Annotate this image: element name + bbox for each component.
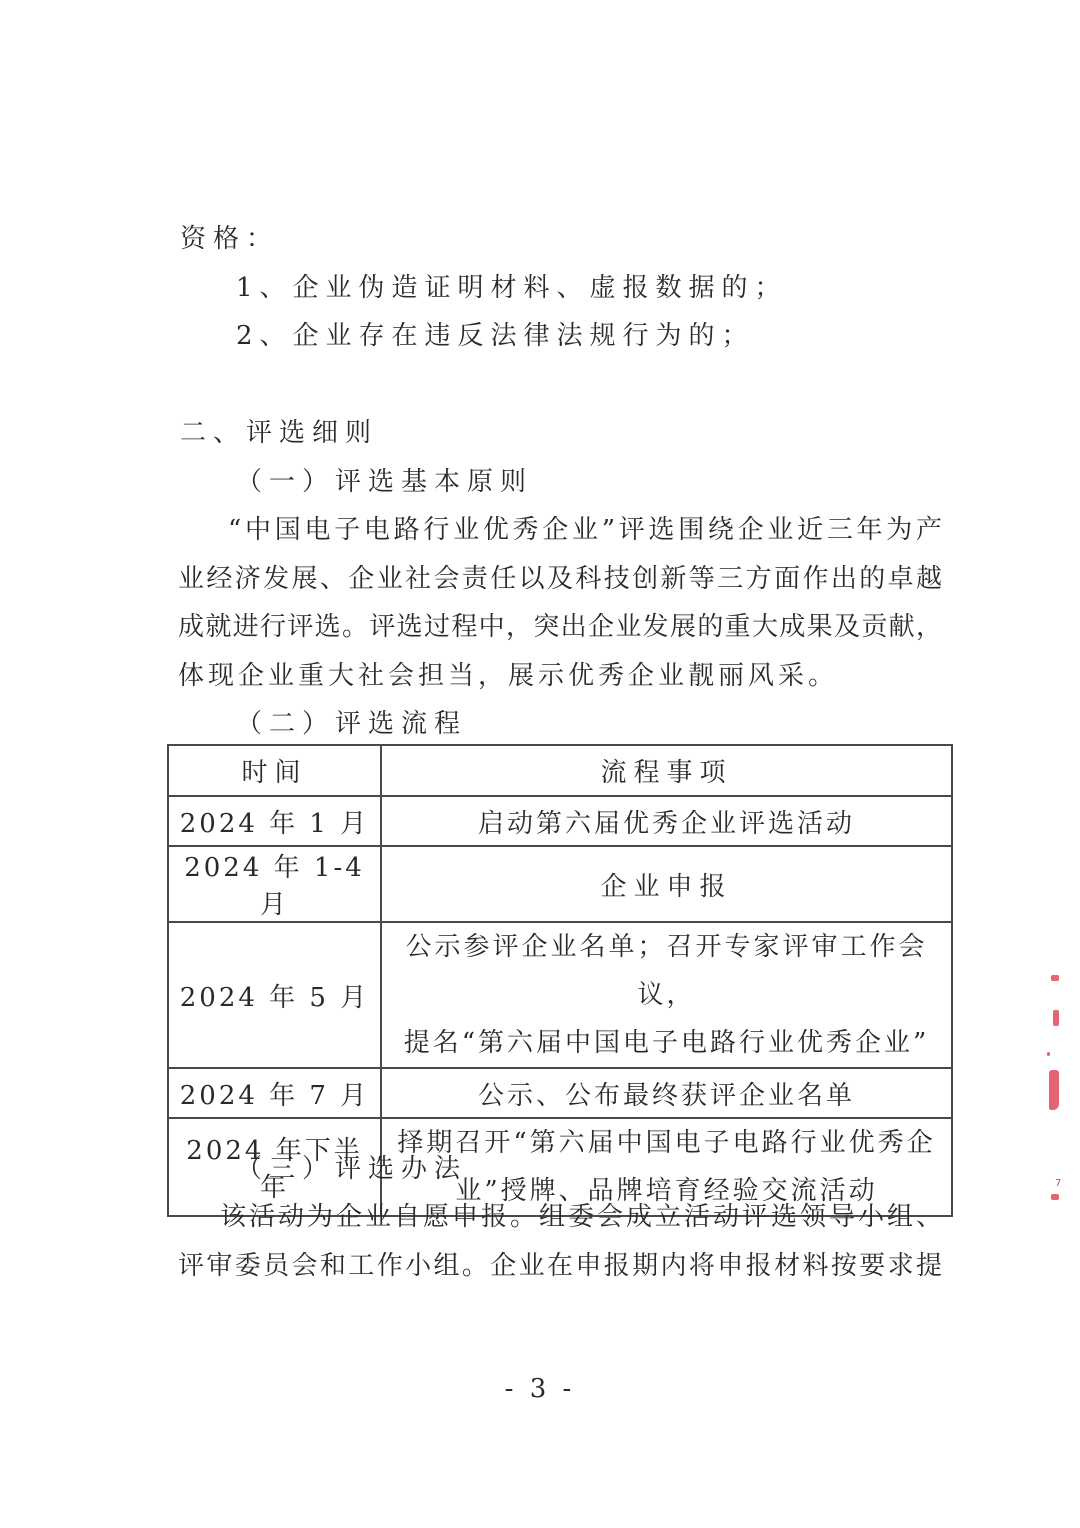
method-paragraph-line: 评审委员会和工作小组。企业在申报期内将申报材料按要求提 bbox=[178, 1249, 942, 1283]
row-item-line: 择期召开“第六届中国电子电路行业优秀企 bbox=[388, 1119, 945, 1167]
row-item: 公示、公布最终获评企业名单 bbox=[381, 1068, 952, 1118]
row-item: 企业申报 bbox=[381, 846, 952, 922]
page-number: - 3 - bbox=[0, 1372, 1080, 1406]
subsection-three-title: （三）评选办法 bbox=[236, 1152, 467, 1186]
header-process-item: 流程事项 bbox=[381, 745, 952, 796]
row-time: 2024 年 1-4 月 bbox=[168, 846, 381, 922]
principle-paragraph-line: 成就进行评选。评选过程中，突出企业发展的重大成果及贡献， bbox=[178, 610, 942, 644]
table-row: 2024 年 7 月 公示、公布最终获评企业名单 bbox=[168, 1068, 952, 1118]
table-row: 2024 年 5 月 公示参评企业名单；召开专家评审工作会议， 提名“第六届中国… bbox=[168, 922, 952, 1068]
table-row: 2024 年 1 月 启动第六届优秀企业评选活动 bbox=[168, 796, 952, 846]
row-item-line: 公示参评企业名单；召开专家评审工作会议， bbox=[388, 923, 945, 1019]
row-time: 2024 年 7 月 bbox=[168, 1068, 381, 1118]
header-time: 时间 bbox=[168, 745, 381, 796]
row-item: 启动第六届优秀企业评选活动 bbox=[381, 796, 952, 846]
principle-paragraph-line: 体现企业重大社会担当，展示优秀企业靓丽风采。 bbox=[178, 659, 838, 693]
table-header-row: 时间 流程事项 bbox=[168, 745, 952, 796]
row-time: 2024 年 1 月 bbox=[168, 796, 381, 846]
disqualification-item-2: 2、企业存在违反法律法规行为的； bbox=[236, 319, 755, 353]
principle-paragraph-line: “中国电子电路行业优秀企业”评选围绕企业近三年为产 bbox=[228, 513, 942, 547]
section-two-title: 二、评选细则 bbox=[180, 416, 378, 450]
document-page: 资格： 1、企业伪造证明材料、虚报数据的； 2、企业存在违反法律法规行为的； 二… bbox=[0, 0, 1080, 1528]
row-item-line: 提名“第六届中国电子电路行业优秀企业” bbox=[388, 1019, 945, 1067]
subsection-two-title: （二）评选流程 bbox=[236, 707, 467, 741]
evaluation-process-table: 时间 流程事项 2024 年 1 月 启动第六届优秀企业评选活动 2024 年 … bbox=[167, 744, 953, 1217]
principle-paragraph-line: 业经济发展、企业社会责任以及科技创新等三方面作出的卓越 bbox=[178, 562, 942, 596]
row-time: 2024 年 5 月 bbox=[168, 922, 381, 1068]
table-row: 2024 年 1-4 月 企业申报 bbox=[168, 846, 952, 922]
seal-digit: 7 bbox=[1055, 1178, 1061, 1189]
disqualification-item-1: 1、企业伪造证明材料、虚报数据的； bbox=[236, 271, 788, 305]
row-item-multiline: 公示参评企业名单；召开专家评审工作会议， 提名“第六届中国电子电路行业优秀企业” bbox=[381, 922, 952, 1068]
continuation-heading: 资格： bbox=[180, 222, 279, 256]
subsection-one-title: （一）评选基本原则 bbox=[236, 465, 533, 499]
method-paragraph-line: 该活动为企业自愿申报。组委会成立活动评选领导小组、 bbox=[220, 1200, 942, 1234]
